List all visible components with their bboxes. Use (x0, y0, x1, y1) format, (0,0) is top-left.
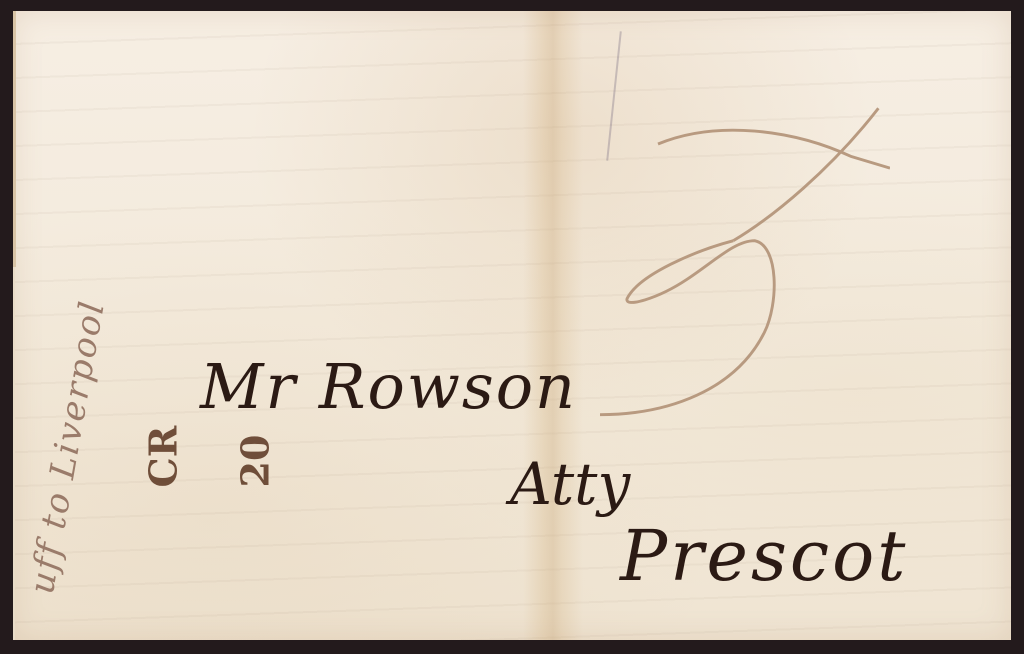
postmark-right-fragment: 20 (233, 438, 278, 488)
postmark-left-fragment: CR (141, 438, 186, 488)
rate-marking-5 (600, 95, 890, 425)
left-fold-edge (13, 267, 15, 640)
center-fold-stain (523, 11, 583, 640)
addressee-town: Prescot (620, 515, 908, 597)
postmark: CR 20 (130, 430, 280, 550)
addressee-title: Atty (510, 450, 630, 518)
addressee-name: Mr Rowson (200, 350, 577, 423)
flap-edge (13, 11, 16, 267)
